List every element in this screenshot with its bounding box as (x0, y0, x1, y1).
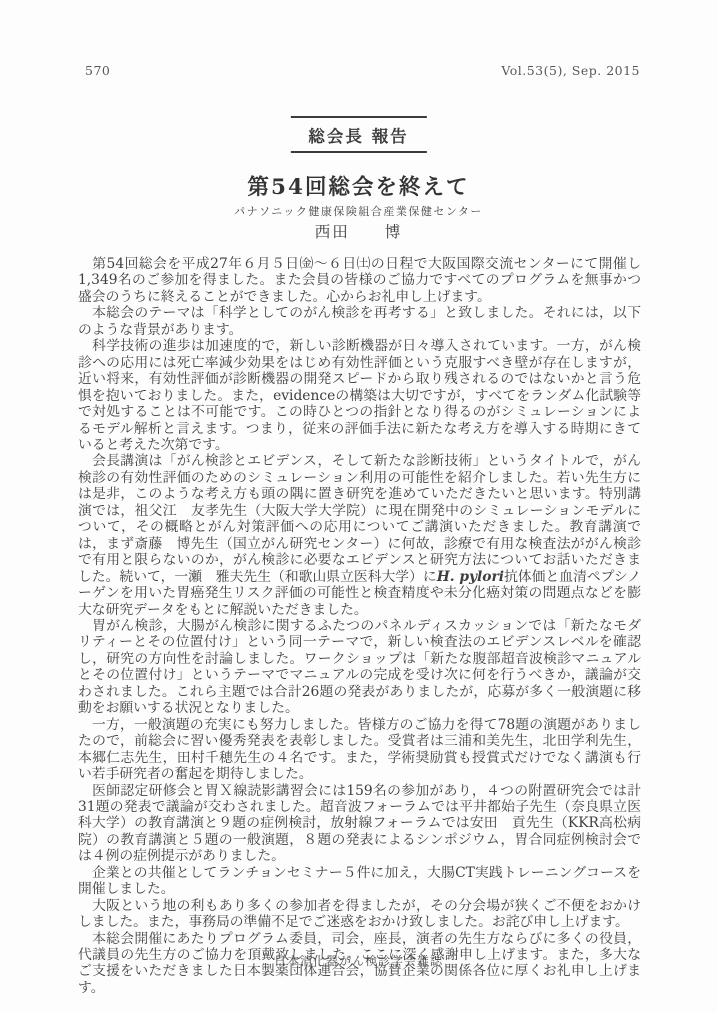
paragraph-text: 本総会のテーマは「科学としてのがん検診を再考する」と致しました。それには，以下の… (78, 305, 641, 337)
latin-italic-term: H. pylori (437, 569, 504, 585)
page-number: 570 (85, 63, 110, 78)
body-paragraph: 医師認定研修会と胃Ｘ線読影講習会には159名の参加があり，４つの附置研究会では計… (78, 783, 641, 865)
body-paragraph: 胃がん検診，大腸がん検診に関するふたつのパネルディスカッションでは「新たなモダリ… (78, 618, 641, 717)
body-paragraph: 本総会のテーマは「科学としてのがん検診を再考する」と致しました。それには，以下の… (78, 305, 641, 338)
body-paragraph: 一方，一般演題の充実にも努力しました。皆様方のご協力を得て78題の演題がありまし… (78, 717, 641, 783)
paragraph-text: 会長講演は「がん検診とエビデンス，そして新たな診断技術」というタイトルで，がん検… (78, 453, 641, 584)
article-body: 第54回総会を平成27年６月５日㈮～６日㈯の日程で大阪国際交流センターにて開催し… (78, 256, 641, 996)
section-label: 総会長 報告 (290, 116, 426, 153)
paragraph-text: 胃がん検診，大腸がん検診に関するふたつのパネルディスカッションでは「新たなモダリ… (78, 618, 641, 716)
body-paragraph: 企業との共催としてランチョンセミナー５件に加え，大腸CT実践トレーニングコースを… (78, 865, 641, 898)
journal-name-footer: 日本消化器がん検診学会雑誌 (0, 952, 717, 969)
article-title: 第54回総会を終えて (0, 170, 717, 201)
paragraph-text: 第54回総会を平成27年６月５日㈮～６日㈯の日程で大阪国際交流センターにて開催し… (78, 256, 641, 305)
body-paragraph: 科学技術の進歩は加速度的で，新しい診断機器が日々導入されています。一方，がん検診… (78, 338, 641, 453)
author-name: 西田 博 (0, 220, 717, 242)
body-paragraph: 会長講演は「がん検診とエビデンス，そして新たな診断技術」というタイトルで，がん検… (78, 453, 641, 618)
paragraph-text: 一方，一般演題の充実にも努力しました。皆様方のご協力を得て78題の演題がありまし… (78, 717, 641, 782)
body-paragraph: 第54回総会を平成27年６月５日㈮～６日㈯の日程で大阪国際交流センターにて開催し… (78, 256, 641, 305)
affiliation: パナソニック健康保険組合産業保健センター (0, 203, 717, 219)
paragraph-text: 企業との共催としてランチョンセミナー５件に加え，大腸CT実践トレーニングコースを… (78, 865, 641, 897)
body-paragraph: 大阪という地の利もあり多くの参加者を得ましたが，その分会場が狭くご不便をおかけし… (78, 898, 641, 931)
paragraph-text: 大阪という地の利もあり多くの参加者を得ましたが，その分会場が狭くご不便をおかけし… (78, 898, 641, 930)
running-head: 570 Vol.53(5), Sep. 2015 (85, 63, 640, 78)
paragraph-text: 科学技術の進歩は加速度的で，新しい診断機器が日々導入されています。一方，がん検診… (78, 338, 641, 453)
paragraph-text: 医師認定研修会と胃Ｘ線読影講習会には159名の参加があり，４つの附置研究会では計… (78, 783, 641, 865)
issue-info: Vol.53(5), Sep. 2015 (501, 63, 640, 78)
journal-page: 570 Vol.53(5), Sep. 2015 総会長 報告 第54回総会を終… (0, 0, 717, 1012)
